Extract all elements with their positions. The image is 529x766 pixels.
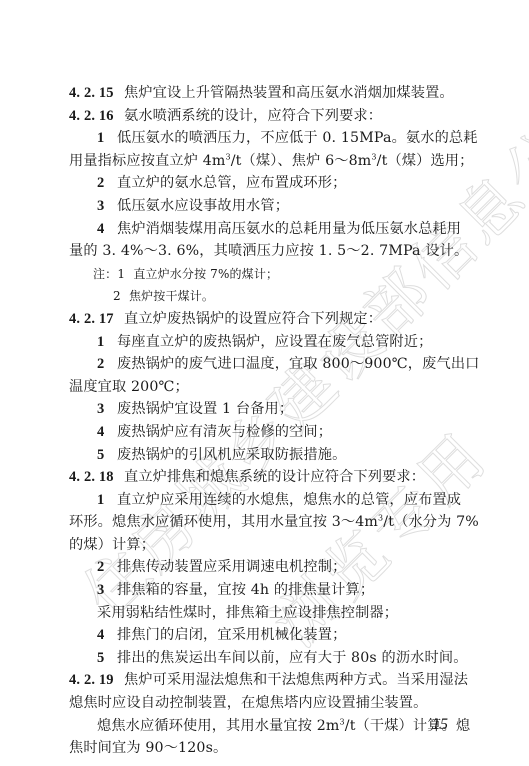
item-number: 1 bbox=[97, 127, 117, 150]
list-item-extra: 采用弱粘结性煤时，排焦箱上应设排焦控制器； bbox=[69, 602, 461, 625]
list-item: 4排焦门的启闭，宜采用机械化装置； bbox=[69, 624, 461, 647]
note-item: 注：1直立炉水分按 7%的煤计； bbox=[69, 263, 461, 286]
item-text: 废热锅炉的引风机应采取防振措施。 bbox=[117, 447, 346, 463]
list-item: 1低压氨水的喷洒压力，不应低于 0. 15MPa。氨水的总耗 bbox=[69, 127, 461, 150]
list-item-continuation: 环形。熄焦水应循环使用，其用水量宜按 3～4m3/t（水分为 7% bbox=[69, 511, 461, 534]
item-text: 的煤）计算； bbox=[69, 537, 155, 553]
paragraph-continuation: 焦时间宜为 90～120s。 bbox=[69, 737, 461, 760]
item-number: 3 bbox=[97, 398, 117, 421]
clause-text: 直立炉排焦和熄焦系统的设计应符合下列要求： bbox=[124, 469, 425, 485]
list-item-continuation: 温度宜取 200℃； bbox=[69, 376, 461, 399]
item-number: 5 bbox=[97, 444, 117, 467]
clause-number: 4. 2. 19 bbox=[69, 669, 124, 692]
item-text: 排焦传动装置应采用调速电机控制； bbox=[117, 559, 346, 575]
item-number: 3 bbox=[97, 195, 117, 218]
clause-continuation: 熄焦时应设自动控制装置，在熄焦塔内应设置捕尘装置。 bbox=[69, 692, 461, 715]
item-text: 废热锅炉的废气进口温度，宜取 800～900℃，废气出口 bbox=[117, 356, 480, 372]
note-number: 2 bbox=[113, 285, 129, 308]
item-text: 废热锅炉宜设置 1 台备用； bbox=[117, 401, 293, 417]
item-text: 废热锅炉应有清灰与检修的空间； bbox=[117, 424, 332, 440]
clause-4-2-15: 4. 2. 15焦炉宜设上升管隔热装置和高压氨水消烟加煤装置。 bbox=[69, 82, 461, 105]
item-number: 1 bbox=[97, 331, 117, 354]
clause-4-2-19: 4. 2. 19焦炉可采用湿法熄焦和干法熄焦两种方式。当采用湿法 bbox=[69, 669, 461, 692]
clause-text: 氨水喷洒系统的设计，应符合下列要求： bbox=[124, 108, 382, 124]
clause-number: 4. 2. 17 bbox=[69, 308, 124, 331]
paragraph: 熄焦水应循环使用，其用水量宜按 2m3/t（干煤）计算。熄 bbox=[69, 715, 461, 738]
item-text: 低压氨水的喷洒压力，不应低于 0. 15MPa。氨水的总耗 bbox=[117, 130, 478, 146]
list-item: 3废热锅炉宜设置 1 台备用； bbox=[69, 398, 461, 421]
paragraph-text: /t（干煤）计算。熄 bbox=[345, 718, 470, 734]
item-number: 4 bbox=[97, 624, 117, 647]
item-text: 采用弱粘结性煤时，排焦箱上应设排焦控制器； bbox=[97, 605, 398, 621]
item-text: /t（煤）、焦炉 6～8m bbox=[231, 153, 372, 169]
item-number: 5 bbox=[97, 647, 117, 670]
list-item: 1每座直立炉的废热锅炉，应设置在废气总管附近； bbox=[69, 331, 461, 354]
clause-text: 焦炉可采用湿法熄焦和干法熄焦两种方式。当采用湿法 bbox=[124, 672, 468, 688]
item-text: 排出的焦炭运出车间以前，应有大于 80s 的沥水时间。 bbox=[117, 650, 468, 666]
page-number: 15 bbox=[432, 716, 448, 734]
list-item: 2废热锅炉的废气进口温度，宜取 800～900℃，废气出口 bbox=[69, 353, 461, 376]
clause-text: 焦炉宜设上升管隔热装置和高压氨水消烟加煤装置。 bbox=[124, 85, 454, 101]
list-item: 5废热锅炉的引风机应采取防振措施。 bbox=[69, 444, 461, 467]
item-text: 每座直立炉的废热锅炉，应设置在废气总管附近； bbox=[117, 334, 432, 350]
item-text: 焦炉消烟装煤用高压氨水的总耗用量为低压氨水总耗用 bbox=[117, 221, 461, 237]
item-text: 量的 3. 4%～3. 6%，其喷洒压力应按 1. 5～2. 7MPa 设计。 bbox=[69, 243, 468, 259]
list-item-continuation: 的煤）计算； bbox=[69, 534, 461, 557]
page-content: 4. 2. 15焦炉宜设上升管隔热装置和高压氨水消烟加煤装置。 4. 2. 16… bbox=[69, 82, 461, 760]
item-text: 环形。熄焦水应循环使用，其用水量宜按 3～4m bbox=[69, 514, 378, 530]
note-label: 注： bbox=[93, 267, 117, 281]
note-number: 1 bbox=[117, 263, 133, 286]
clause-text: 熄焦时应设自动控制装置，在熄焦塔内应设置捕尘装置。 bbox=[69, 695, 427, 711]
item-text: 低压氨水应设事故用水管； bbox=[117, 198, 289, 214]
clause-number: 4. 2. 18 bbox=[69, 466, 124, 489]
list-item-continuation: 用量指标应按直立炉 4m3/t（煤）、焦炉 6～8m3/t（煤）选用； bbox=[69, 150, 461, 173]
note-text: 焦炉按干煤计。 bbox=[129, 289, 214, 303]
item-text: 直立炉的氨水总管，应布置成环形； bbox=[117, 175, 346, 191]
clause-number: 4. 2. 16 bbox=[69, 105, 124, 128]
item-number: 3 bbox=[97, 579, 117, 602]
document-page: 住房城乡建设部信息公开 浏览专用 4. 2. 15焦炉宜设上升管隔热装置和高压氨… bbox=[0, 0, 529, 766]
list-item: 5排出的焦炭运出车间以前，应有大于 80s 的沥水时间。 bbox=[69, 647, 461, 670]
list-item-continuation: 量的 3. 4%～3. 6%，其喷洒压力应按 1. 5～2. 7MPa 设计。 bbox=[69, 240, 461, 263]
list-item: 2排焦传动装置应采用调速电机控制； bbox=[69, 556, 461, 579]
list-item: 3低压氨水应设事故用水管； bbox=[69, 195, 461, 218]
item-number: 2 bbox=[97, 556, 117, 579]
list-item: 2直立炉的氨水总管，应布置成环形； bbox=[69, 172, 461, 195]
note-text: 直立炉水分按 7%的煤计； bbox=[133, 267, 278, 281]
item-text: /t（煤）选用； bbox=[377, 153, 474, 169]
item-number: 1 bbox=[97, 489, 117, 512]
item-number: 4 bbox=[97, 218, 117, 241]
item-number: 2 bbox=[97, 172, 117, 195]
paragraph-text: 熄焦水应循环使用，其用水量宜按 2m bbox=[97, 718, 340, 734]
list-item: 4废热锅炉应有清灰与检修的空间； bbox=[69, 421, 461, 444]
item-text: 排焦门的启闭，宜采用机械化装置； bbox=[117, 627, 346, 643]
list-item: 4焦炉消烟装煤用高压氨水的总耗用量为低压氨水总耗用 bbox=[69, 218, 461, 241]
clause-4-2-17: 4. 2. 17直立炉废热锅炉的设置应符合下列规定： bbox=[69, 308, 461, 331]
clause-number: 4. 2. 15 bbox=[69, 82, 124, 105]
clause-4-2-16: 4. 2. 16氨水喷洒系统的设计，应符合下列要求： bbox=[69, 105, 461, 128]
note-item: 2焦炉按干煤计。 bbox=[69, 285, 461, 308]
list-item: 1直立炉应采用连续的水熄焦，熄焦水的总管，应布置成 bbox=[69, 489, 461, 512]
item-text: 温度宜取 200℃； bbox=[69, 379, 189, 395]
clause-4-2-18: 4. 2. 18直立炉排焦和熄焦系统的设计应符合下列要求： bbox=[69, 466, 461, 489]
item-number: 4 bbox=[97, 421, 117, 444]
clause-text: 直立炉废热锅炉的设置应符合下列规定： bbox=[124, 311, 382, 327]
list-item: 3排焦箱的容量，宜按 4h 的排焦量计算； bbox=[69, 579, 461, 602]
item-number: 2 bbox=[97, 353, 117, 376]
item-text: /t（水分为 7% bbox=[383, 514, 479, 530]
item-text: 直立炉应采用连续的水熄焦，熄焦水的总管，应布置成 bbox=[117, 492, 461, 508]
item-text: 用量指标应按直立炉 4m bbox=[69, 153, 225, 169]
item-text: 排焦箱的容量，宜按 4h 的排焦量计算； bbox=[117, 582, 374, 598]
paragraph-text: 焦时间宜为 90～120s。 bbox=[69, 740, 227, 756]
